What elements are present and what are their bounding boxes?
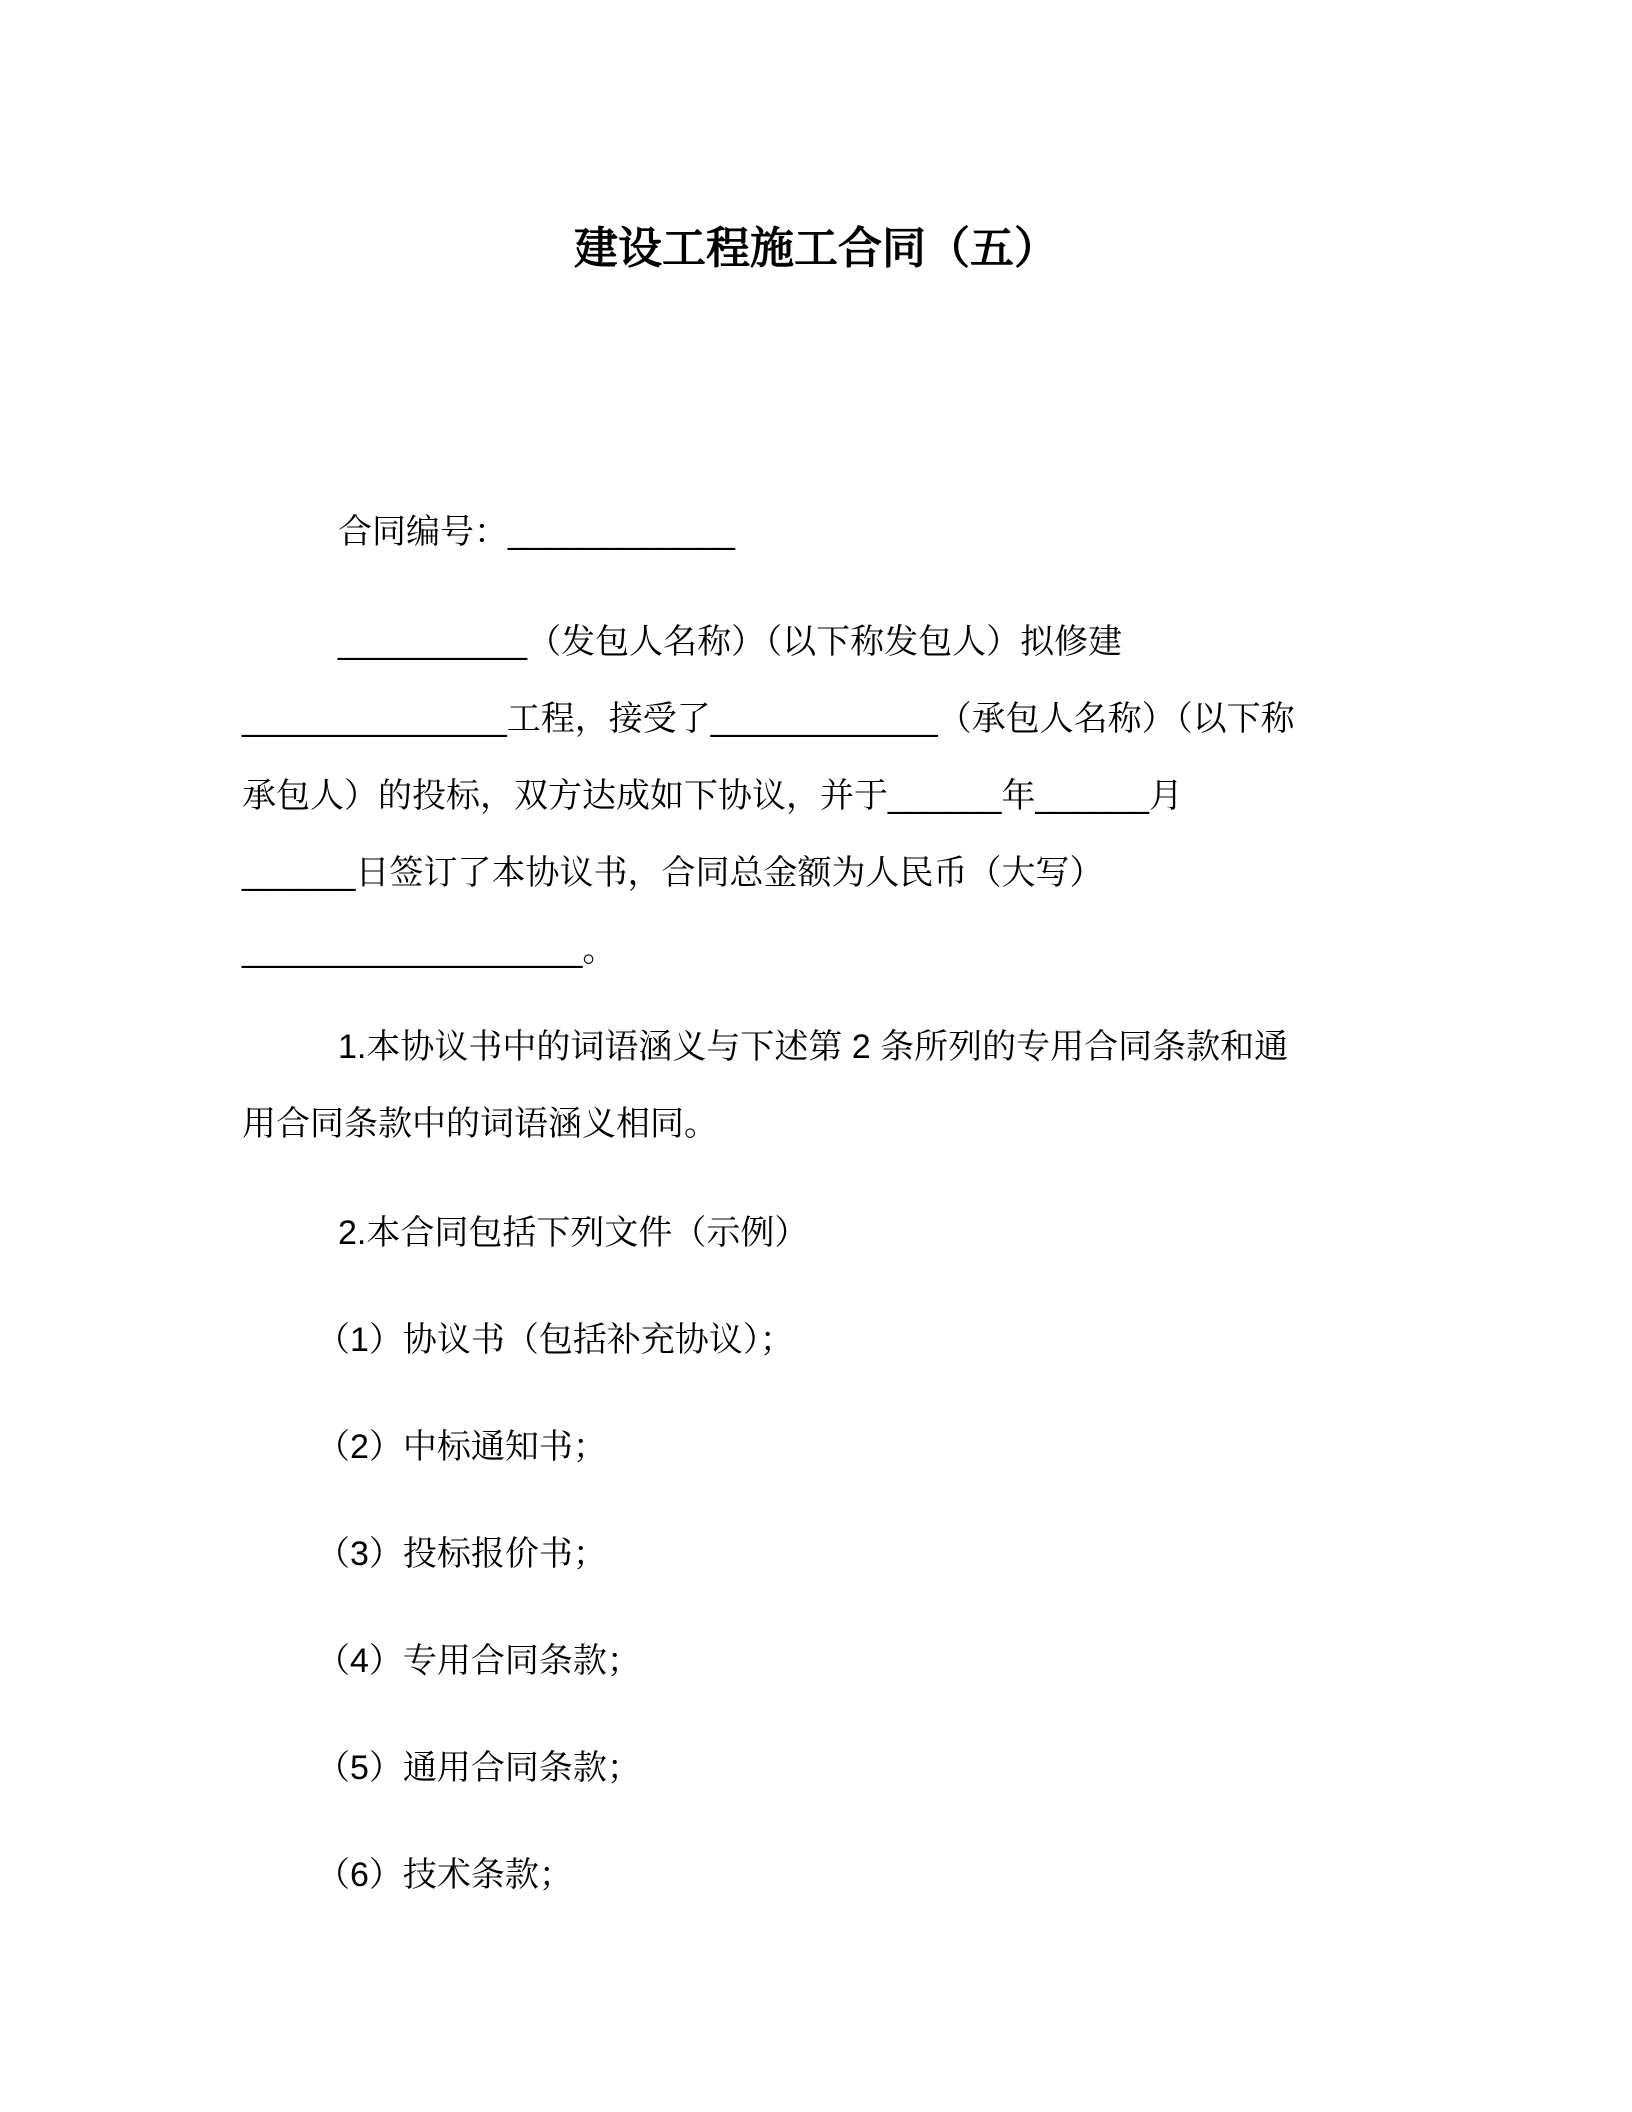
clause-1-paragraph: 1.本协议书中的词语涵义与下述第 2 条所列的专用合同条款和通 用合同条款中的词… [242, 1009, 1390, 1163]
document-page: 建设工程施工合同（五） 合同编号：____________ __________… [0, 0, 1632, 2112]
contract-number-line: 合同编号：____________ [242, 494, 1390, 571]
clause-1-line-1: 1.本协议书中的词语涵义与下述第 2 条所列的专用合同条款和通 [242, 1009, 1390, 1086]
clause-1-line-2: 用合同条款中的词语涵义相同。 [242, 1086, 1390, 1163]
intro-line-3: 承包人）的投标，双方达成如下协议，并于______年______月 [242, 758, 1390, 835]
list-item-1: （1）协议书（包括补充协议）； [242, 1302, 1390, 1379]
list-item-4: （4）专用合同条款； [242, 1623, 1390, 1700]
list-item-5: （5）通用合同条款； [242, 1730, 1390, 1807]
intro-line-4: ______日签订了本协议书，合同总金额为人民币（大写） [242, 835, 1390, 912]
list-item-2: （2）中标通知书； [242, 1409, 1390, 1486]
document-content: 建设工程施工合同（五） 合同编号：____________ __________… [0, 0, 1632, 1914]
intro-line-1: __________（发包人名称）（以下称发包人）拟修建 [242, 604, 1390, 681]
intro-line-2: ______________工程，接受了____________（承包人名称）（… [242, 681, 1390, 758]
intro-line-5: __________________。 [242, 912, 1390, 989]
clause-2-line: 2.本合同包括下列文件（示例） [242, 1195, 1390, 1272]
list-item-3: （3）投标报价书； [242, 1516, 1390, 1593]
contract-documents-list: （1）协议书（包括补充协议）； （2）中标通知书； （3）投标报价书； （4）专… [242, 1302, 1390, 1914]
intro-paragraph: __________（发包人名称）（以下称发包人）拟修建 ___________… [242, 604, 1390, 989]
list-item-6: （6）技术条款； [242, 1837, 1390, 1914]
document-title: 建设工程施工合同（五） [242, 0, 1390, 278]
